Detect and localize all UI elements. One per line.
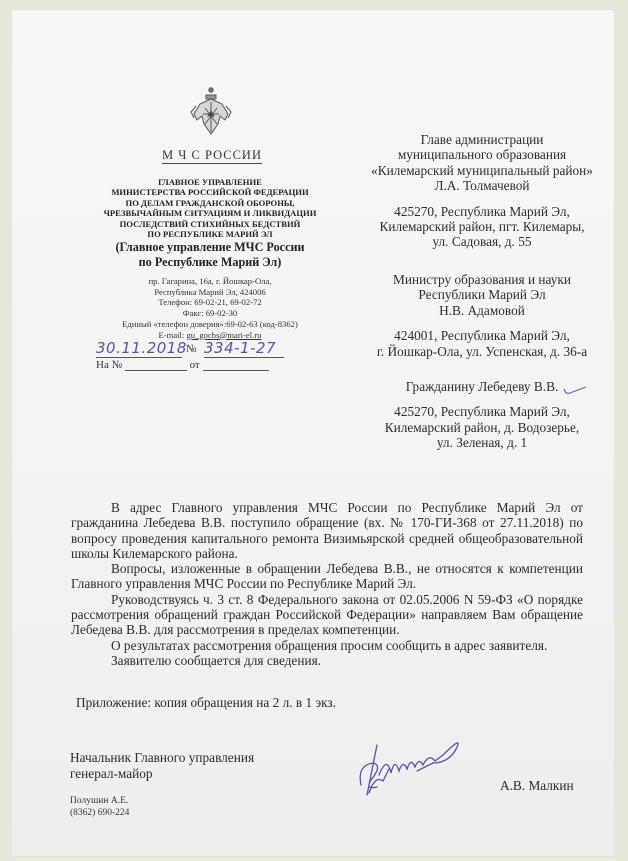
attachment-note: Приложение: копия обращения на 2 л. в 1 …	[76, 695, 336, 711]
reply-date-blank	[203, 360, 269, 371]
agency-name-line: МИНИСТЕРСТВА РОССИЙСКОЙ ФЕДЕРАЦИИ	[70, 187, 350, 197]
agency-name-line: ПОСЛЕДСТВИЙ СТИХИЙНЫХ БЕДСТВИЙ	[70, 219, 350, 229]
number-label: №	[186, 343, 197, 355]
signer-name: А.В. Малкин	[500, 778, 574, 794]
outgoing-date: 30.11.2018	[96, 339, 182, 358]
mchs-emblem-icon	[188, 86, 234, 138]
body-paragraph: Руководствуясь ч. 3 ст. 8 Федерального з…	[71, 592, 583, 638]
agency-name-line: ГЛАВНОЕ УПРАВЛЕНИЕ	[70, 177, 350, 187]
agency-name-line: ПО РЕСПУБЛИКЕ МАРИЙ ЭЛ	[70, 229, 350, 239]
registration-block: 30.11.2018 № 334-1-27 На № от	[96, 339, 336, 379]
letter-body: В адрес Главного управления МЧС России п…	[71, 500, 583, 668]
signer-position: Начальник Главного управления генерал-ма…	[70, 750, 254, 782]
agency-name-line: ЧРЕЗВЫЧАЙНЫМ СИТУАЦИЯМ И ЛИКВИДАЦИИ	[70, 208, 350, 218]
executor-phone: (8362) 690-224	[70, 807, 129, 819]
reply-reference: На № от	[96, 359, 269, 371]
hotline-line: Единый «телефон доверия»:69-02-63 (код-8…	[70, 319, 350, 330]
body-paragraph: В адрес Главного управления МЧС России п…	[71, 500, 583, 561]
agency-contacts: пр. Гагарина, 16а, г. Йошкар-Ола, Респуб…	[70, 276, 350, 340]
fax-line: Факс: 69-02-30	[70, 308, 350, 319]
address-line-1: пр. Гагарина, 16а, г. Йошкар-Ола,	[70, 276, 350, 287]
reply-number-blank	[125, 360, 187, 371]
body-paragraph: Вопросы, изложенные в обращении Лебедева…	[71, 561, 583, 592]
letter-page: М Ч С РОССИИ ГЛАВНОЕ УПРАВЛЕНИЕ МИНИСТЕР…	[12, 10, 614, 856]
handwritten-signature-icon	[347, 735, 477, 805]
checkmark-icon	[562, 385, 588, 397]
agency-name-line: ПО ДЕЛАМ ГРАЖДАНСКОЙ ОБОРОНЫ,	[70, 198, 350, 208]
addressee-2: Министру образования и науки Республики …	[342, 272, 622, 359]
executor-name: Полушин А.Е.	[70, 795, 129, 807]
agency-short-title: (Главное управление МЧС России по Респуб…	[70, 240, 350, 270]
address-line-2: Республика Марий Эл, 424006	[70, 287, 350, 298]
body-paragraph: О результатах рассмотрения обращения про…	[71, 638, 583, 653]
addressee-1: Главе администрации муниципального образ…	[342, 132, 622, 250]
outgoing-number: 334-1-27	[204, 339, 284, 358]
executor-info: Полушин А.Е. (8362) 690-224	[70, 795, 129, 819]
agency-full-name: ГЛАВНОЕ УПРАВЛЕНИЕ МИНИСТЕРСТВА РОССИЙСК…	[70, 177, 350, 239]
agency-short-name: М Ч С РОССИИ	[132, 148, 292, 163]
phone-line: Телефон: 69-02-21, 69-02-72	[70, 297, 350, 308]
body-paragraph: Заявителю сообщается для сведения.	[71, 653, 583, 668]
